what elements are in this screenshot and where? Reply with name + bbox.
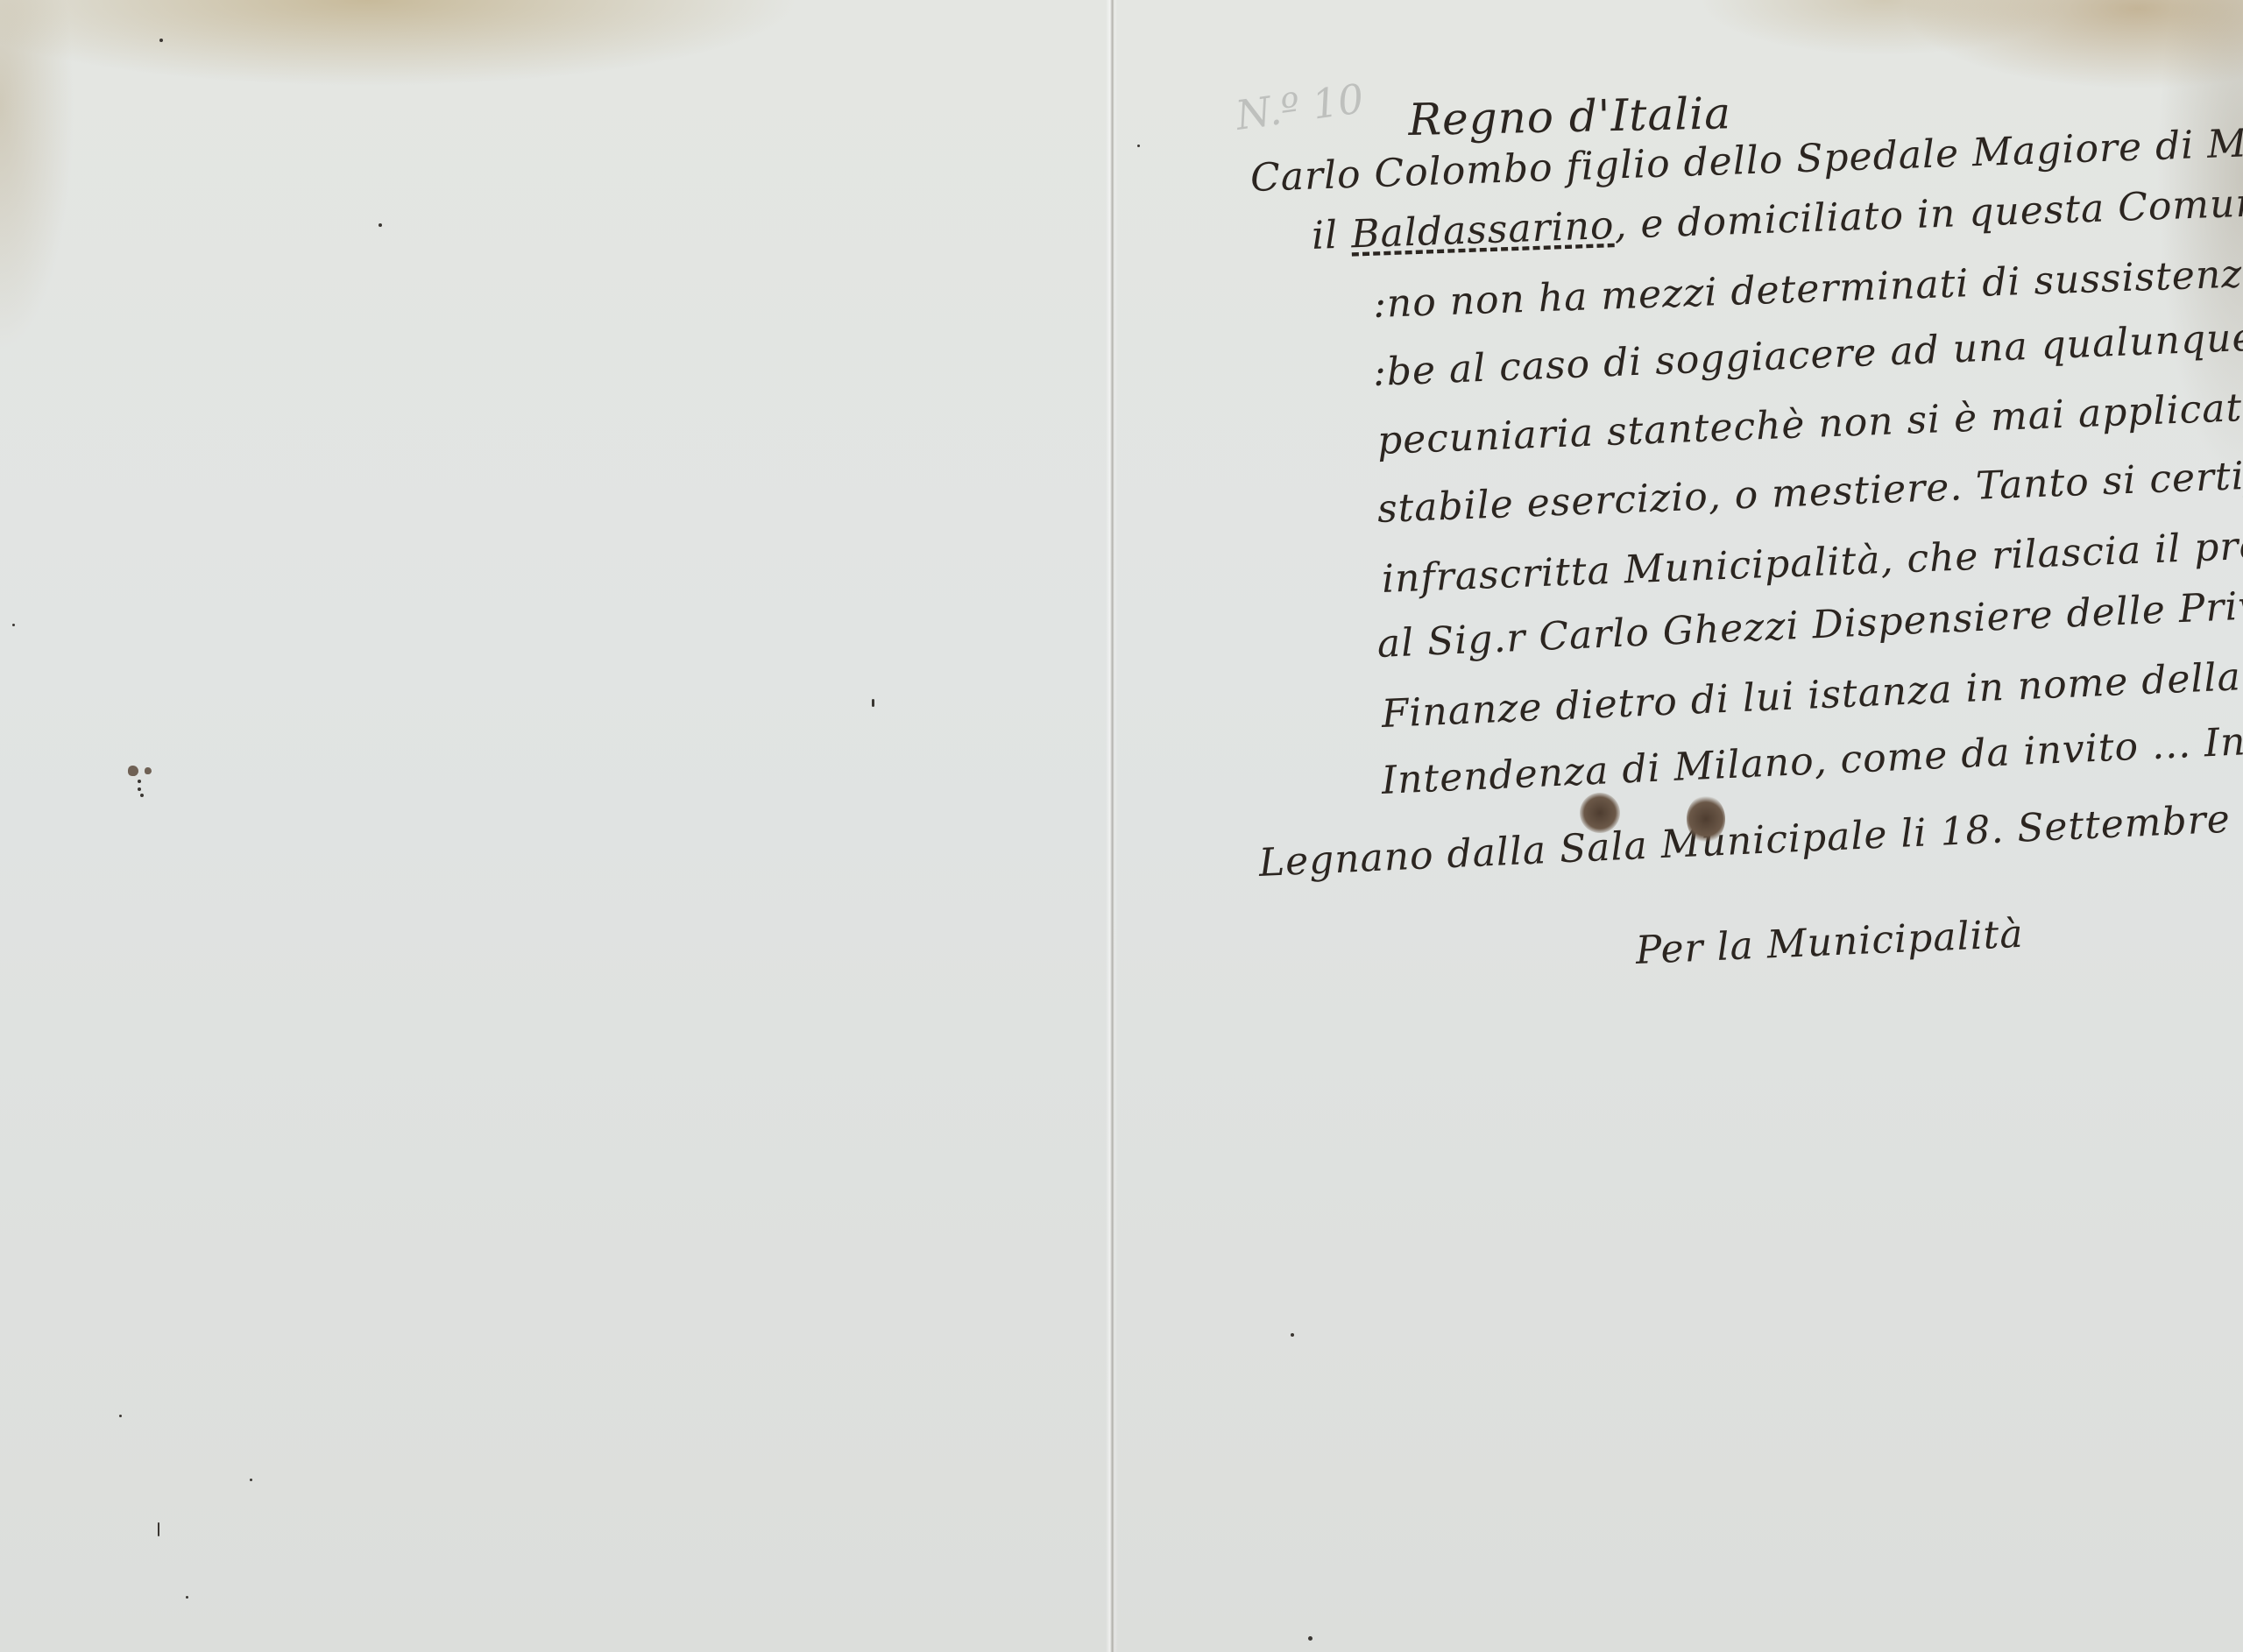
text-line-5: pecuniaria stantechè non si è mai applic… (1376, 378, 2243, 463)
document-heading: Regno d'Italia (1408, 88, 1732, 145)
handwritten-text: N.º 10 Regno d'Italia Carlo Colombo figl… (1111, 0, 2243, 1652)
ink-speck (872, 699, 874, 707)
ink-speck (158, 1522, 159, 1536)
ink-blot (1687, 795, 1725, 843)
text-line-2-prefix: il (1311, 212, 1352, 258)
ink-speck (138, 780, 141, 783)
ink-speck (186, 1596, 188, 1599)
ink-blot (1580, 793, 1620, 833)
text-line-6: stabile esercizio, o mestiere. Tanto si … (1376, 447, 2243, 532)
faint-pencil-mark: N.º 10 (1233, 74, 1367, 139)
ink-speck (138, 787, 141, 791)
ink-blot (128, 766, 138, 776)
ink-speck (140, 794, 144, 797)
date-place-line: Legnano dalla Sala Municipale li 18. Set… (1258, 791, 2243, 886)
ink-speck (1137, 145, 1140, 147)
underlined-nickname: Baldassarino (1350, 203, 1615, 257)
closing-signature-line: Per la Municipalità (1635, 912, 2025, 973)
text-line-9: Finanze dietro di lui istanza in nome de… (1381, 649, 2243, 737)
ink-speck (119, 1415, 122, 1417)
ink-speck (159, 39, 163, 42)
ink-speck (1308, 1636, 1313, 1641)
text-line-3: :no non ha mezzi determinati di sussiste… (1372, 244, 2243, 327)
ink-speck (250, 1479, 252, 1481)
document-sheet: N.º 10 Regno d'Italia Carlo Colombo figl… (0, 0, 2243, 1652)
ink-speck (1291, 1333, 1294, 1337)
ink-speck (379, 223, 382, 227)
text-line-4: :be al caso di soggiacere ad una qualunq… (1372, 310, 2243, 395)
right-page: N.º 10 Regno d'Italia Carlo Colombo figl… (1111, 0, 2243, 1652)
left-page (0, 0, 1111, 1652)
ink-blot (145, 767, 152, 774)
ink-speck (12, 624, 15, 626)
